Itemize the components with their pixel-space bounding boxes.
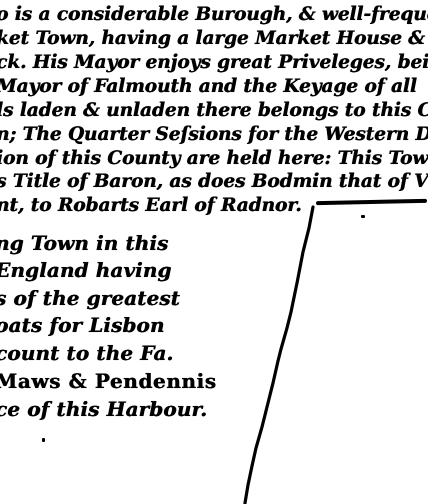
- text-line-5: ls laden & unladen there belongs to this…: [0, 100, 428, 121]
- text-line-14: count to the Fa.: [0, 341, 173, 365]
- scanned-document-page: o is a considerable Burough, & well-freq…: [0, 0, 428, 504]
- text-line-11: England having: [0, 258, 171, 282]
- text-line-12: s of the greatest: [0, 286, 180, 310]
- text-line-4: Mayor of Falmouth and the Keyage of all: [0, 76, 417, 97]
- text-line-3: ck. His Mayor enjoys great Priveleges, b…: [0, 52, 428, 73]
- text-line-8: s Title of Baron, as does Bodmin that of…: [0, 171, 428, 192]
- text-line-10: ng Town in this: [0, 231, 168, 255]
- ink-speck: [361, 215, 365, 218]
- ink-speck: [42, 438, 45, 442]
- text-line-6: n; The Quarter Seſsions for the Western …: [0, 124, 428, 145]
- text-line-9: nt, to Robarts Earl of Radnor.: [0, 195, 302, 216]
- text-line-13: oats for Lisbon: [0, 313, 165, 337]
- text-line-1: o is a considerable Burough, & well-freq…: [0, 4, 428, 25]
- text-line-16: ce of this Harbour.: [0, 397, 207, 421]
- separator-dash: [316, 199, 427, 205]
- text-line-2: ket Town, having a large Market House &: [0, 28, 425, 49]
- text-line-15: Maws & Pendennis: [0, 369, 217, 393]
- text-line-7: ion of this County are held here: This T…: [0, 148, 428, 169]
